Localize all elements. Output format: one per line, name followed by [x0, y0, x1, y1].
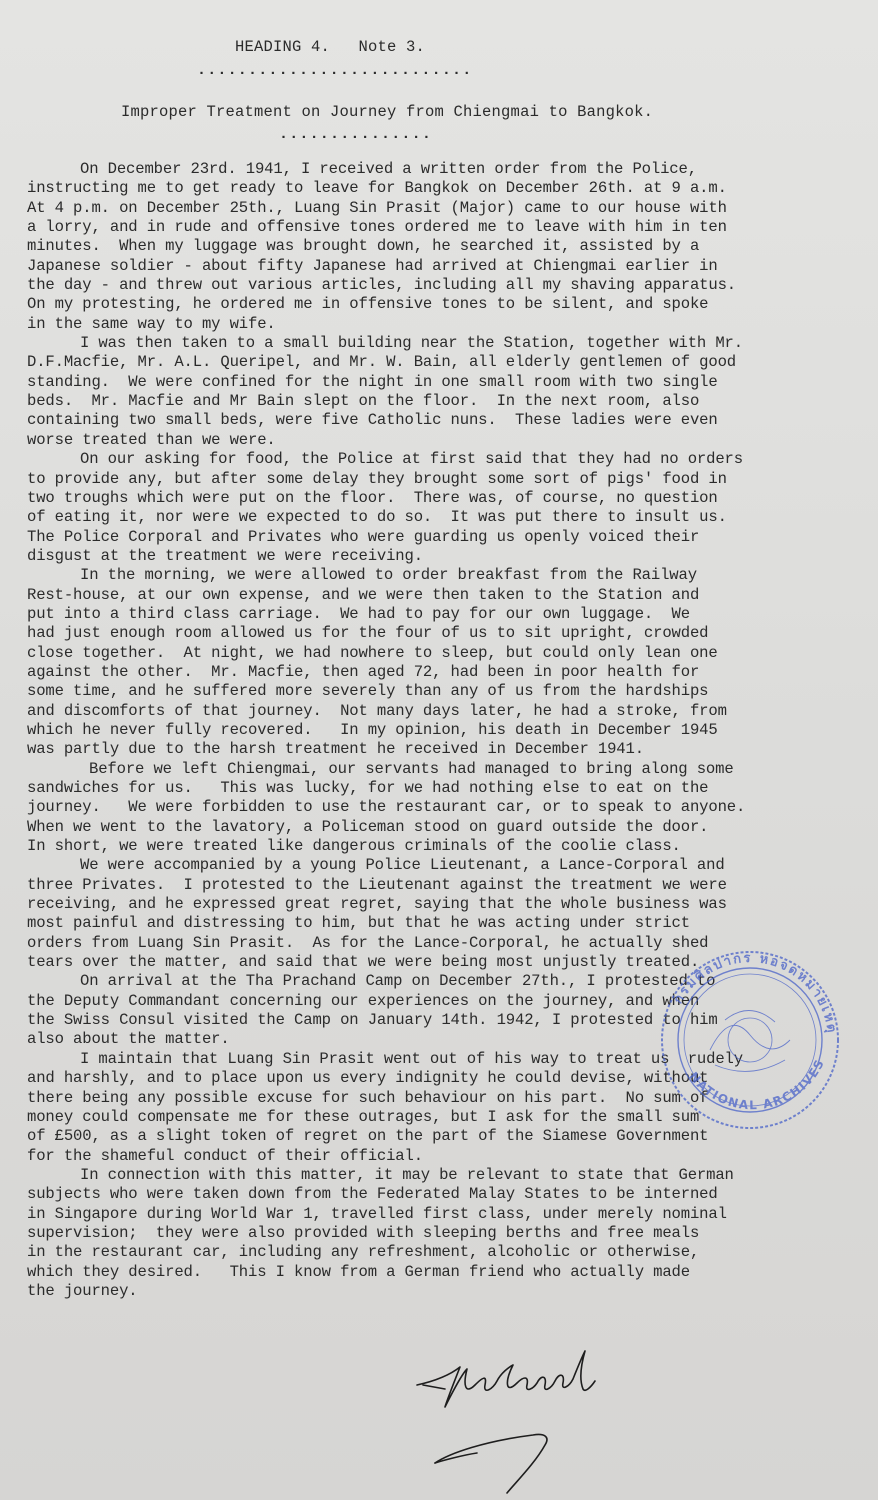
paragraph: We were accompanied by a young Police Li… — [27, 856, 827, 972]
text-line: disgust at the treatment we were receivi… — [27, 547, 827, 566]
text-line: the Swiss Consul visited the Camp on Jan… — [27, 1011, 827, 1030]
text-line: subjects who were taken down from the Fe… — [27, 1185, 827, 1204]
text-line: some time, and he suffered more severely… — [27, 682, 827, 701]
text-line: for the shameful conduct of their offici… — [27, 1147, 827, 1166]
paragraph: I was then taken to a small building nea… — [27, 334, 827, 450]
text-line: put into a third class carriage. We had … — [27, 605, 827, 624]
text-line: two troughs which were put on the floor.… — [27, 489, 827, 508]
paragraph: Before we left Chiengmai, our servants h… — [27, 760, 827, 857]
text-line: minutes. When my luggage was brought dow… — [27, 237, 827, 256]
text-line: of eating it, nor were we expected to do… — [27, 508, 827, 527]
text-line: in Singapore during World War 1, travell… — [27, 1205, 827, 1224]
text-line: When we went to the lavatory, a Policema… — [27, 818, 827, 837]
text-line: was partly due to the harsh treatment he… — [27, 740, 827, 759]
text-line: We were accompanied by a young Police Li… — [27, 856, 827, 875]
text-line: to provide any, but after some delay the… — [27, 470, 827, 489]
text-line: and discomforts of that journey. Not man… — [27, 702, 827, 721]
text-line: money could compensate me for these outr… — [27, 1108, 827, 1127]
signature-icon — [405, 1345, 685, 1495]
text-line: Before we left Chiengmai, our servants h… — [27, 760, 827, 779]
heading-divider: ........................... — [197, 62, 472, 79]
text-line: I was then taken to a small building nea… — [27, 334, 827, 353]
title-divider: ............... — [279, 126, 432, 143]
text-line: standing. We were confined for the night… — [27, 373, 827, 392]
text-line: there being any possible excuse for such… — [27, 1089, 827, 1108]
paragraph: I maintain that Luang Sin Prasit went ou… — [27, 1050, 827, 1166]
text-line: On my protesting, he ordered me in offen… — [27, 295, 827, 314]
text-line: three Privates. I protested to the Lieut… — [27, 876, 827, 895]
text-line: most painful and distressing to him, but… — [27, 914, 827, 933]
paragraph: On arrival at the Tha Prachand Camp on D… — [27, 972, 827, 1049]
text-line: On our asking for food, the Police at fi… — [27, 450, 827, 469]
paragraph: On our asking for food, the Police at fi… — [27, 450, 827, 566]
paragraph: On December 23rd. 1941, I received a wri… — [27, 160, 827, 334]
text-line: and harshly, and to place upon us every … — [27, 1069, 827, 1088]
text-line: In the morning, we were allowed to order… — [27, 566, 827, 585]
text-line: beds. Mr. Macfie and Mr Bain slept on th… — [27, 392, 827, 411]
text-line: On arrival at the Tha Prachand Camp on D… — [27, 972, 827, 991]
text-line: also about the matter. — [27, 1030, 827, 1049]
text-line: of £500, as a slight token of regret on … — [27, 1127, 827, 1146]
text-line: which they desired. This I know from a G… — [27, 1263, 827, 1282]
paragraph: In connection with this matter, it may b… — [27, 1166, 827, 1301]
text-line: worse treated than we were. — [27, 431, 827, 450]
text-line: containing two small beds, were five Cat… — [27, 411, 827, 430]
text-line: had just enough room allowed us for the … — [27, 624, 827, 643]
text-line: In connection with this matter, it may b… — [27, 1166, 827, 1185]
document-page: HEADING 4. Note 3. .....................… — [0, 0, 878, 1500]
text-line: a lorry, and in rude and offensive tones… — [27, 218, 827, 237]
text-line: orders from Luang Sin Prasit. As for the… — [27, 934, 827, 953]
text-line: in the restaurant car, including any ref… — [27, 1243, 827, 1262]
text-line: instructing me to get ready to leave for… — [27, 179, 827, 198]
text-line: At 4 p.m. on December 25th., Luang Sin P… — [27, 199, 827, 218]
text-line: which he never fully recovered. In my op… — [27, 721, 827, 740]
text-line: the Deputy Commandant concerning our exp… — [27, 992, 827, 1011]
text-line: tears over the matter, and said that we … — [27, 953, 827, 972]
text-line: close together. At night, we had nowhere… — [27, 644, 827, 663]
text-line: Rest-house, at our own expense, and we w… — [27, 586, 827, 605]
text-line: In short, we were treated like dangerous… — [27, 837, 827, 856]
document-body: On December 23rd. 1941, I received a wri… — [27, 160, 827, 1301]
text-line: The Police Corporal and Privates who wer… — [27, 528, 827, 547]
text-line: in the same way to my wife. — [27, 315, 827, 334]
document-title: Improper Treatment on Journey from Chien… — [121, 103, 653, 121]
text-line: supervision; they were also provided wit… — [27, 1224, 827, 1243]
text-line: the journey. — [27, 1282, 827, 1301]
text-line: I maintain that Luang Sin Prasit went ou… — [27, 1050, 827, 1069]
document-heading: HEADING 4. Note 3. — [235, 38, 425, 56]
text-line: D.F.Macfie, Mr. A.L. Queripel, and Mr. W… — [27, 353, 827, 372]
text-line: the day - and threw out various articles… — [27, 276, 827, 295]
text-line: journey. We were forbidden to use the re… — [27, 798, 827, 817]
text-line: receiving, and he expressed great regret… — [27, 895, 827, 914]
text-line: against the other. Mr. Macfie, then aged… — [27, 663, 827, 682]
paragraph: In the morning, we were allowed to order… — [27, 566, 827, 759]
text-line: Japanese soldier - about fifty Japanese … — [27, 257, 827, 276]
text-line: sandwiches for us. This was lucky, for w… — [27, 779, 827, 798]
text-line: On December 23rd. 1941, I received a wri… — [27, 160, 827, 179]
